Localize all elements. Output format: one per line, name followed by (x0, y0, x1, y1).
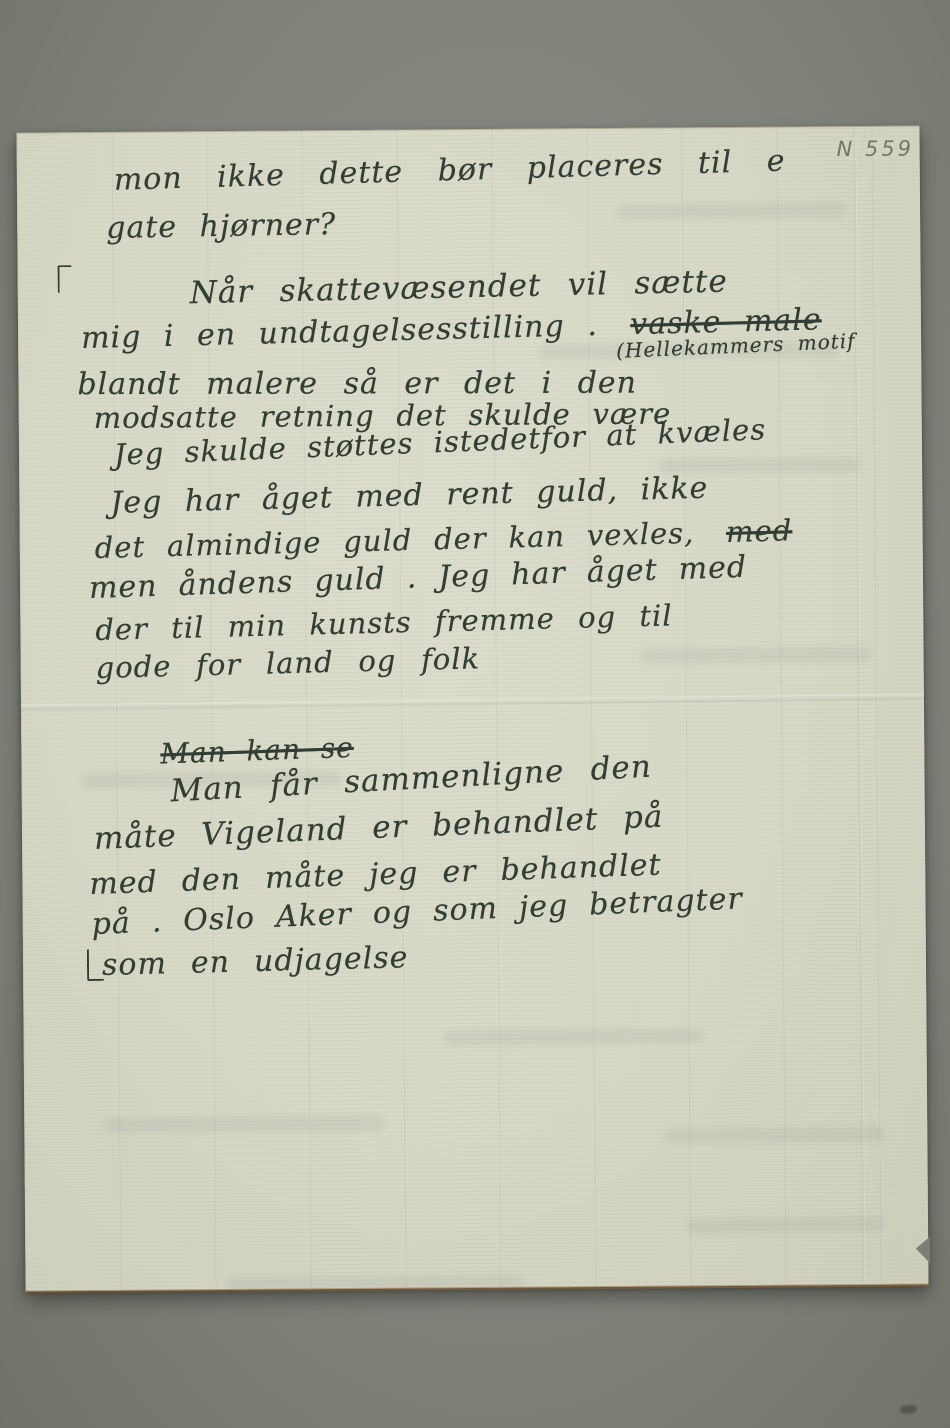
manuscript-page: N 559 mon ikke dette bør placeres til e … (16, 125, 928, 1291)
show-through-ghost (617, 202, 847, 219)
line-text: gode for land og folk (95, 641, 480, 685)
line-text: mon ikke dette bør placeres til e (113, 143, 786, 197)
manuscript-line: Jeg har åget med rent guld, ikke (110, 471, 709, 521)
manuscript-line: gode for land og folk (95, 641, 480, 685)
show-through-ghost (444, 1028, 704, 1045)
line-text: mig i en undtagelsesstilling . (81, 308, 599, 356)
vertical-fold-crease (853, 127, 865, 1285)
archival-number: N 559 (837, 137, 915, 162)
archive-photo-canvas: { "colors": { "mat_gray": "#82847c", "pa… (0, 0, 950, 1428)
show-through-ghost (225, 1275, 525, 1292)
manuscript-line: Når skattevæsendet vil sætte (189, 263, 728, 311)
paper-edge-notch (913, 1236, 930, 1263)
line-text: Når skattevæsendet vil sætte (189, 263, 728, 311)
line-text: der til min kunsts fremme og til (95, 598, 673, 647)
horizontal-fold-crease (21, 693, 924, 710)
manuscript-line: som en udjagelse (102, 940, 409, 983)
pen-bracket-open-mark (58, 265, 72, 293)
line-text: gate hjørner? (106, 207, 337, 246)
mat-smudge (900, 1405, 917, 1414)
show-through-ghost (685, 1217, 885, 1234)
show-through-ghost (664, 1127, 884, 1144)
manuscript-line: mon ikke dette bør placeres til e (113, 143, 786, 197)
struck-text: med (726, 513, 793, 549)
manuscript-line: gate hjørner? (106, 207, 337, 246)
show-through-ghost (104, 1116, 384, 1133)
line-text: Jeg har åget med rent guld, ikke (110, 471, 709, 521)
show-through-ghost (641, 647, 871, 664)
manuscript-line: der til min kunsts fremme og til (95, 598, 673, 647)
line-text: som en udjagelse (102, 940, 409, 983)
